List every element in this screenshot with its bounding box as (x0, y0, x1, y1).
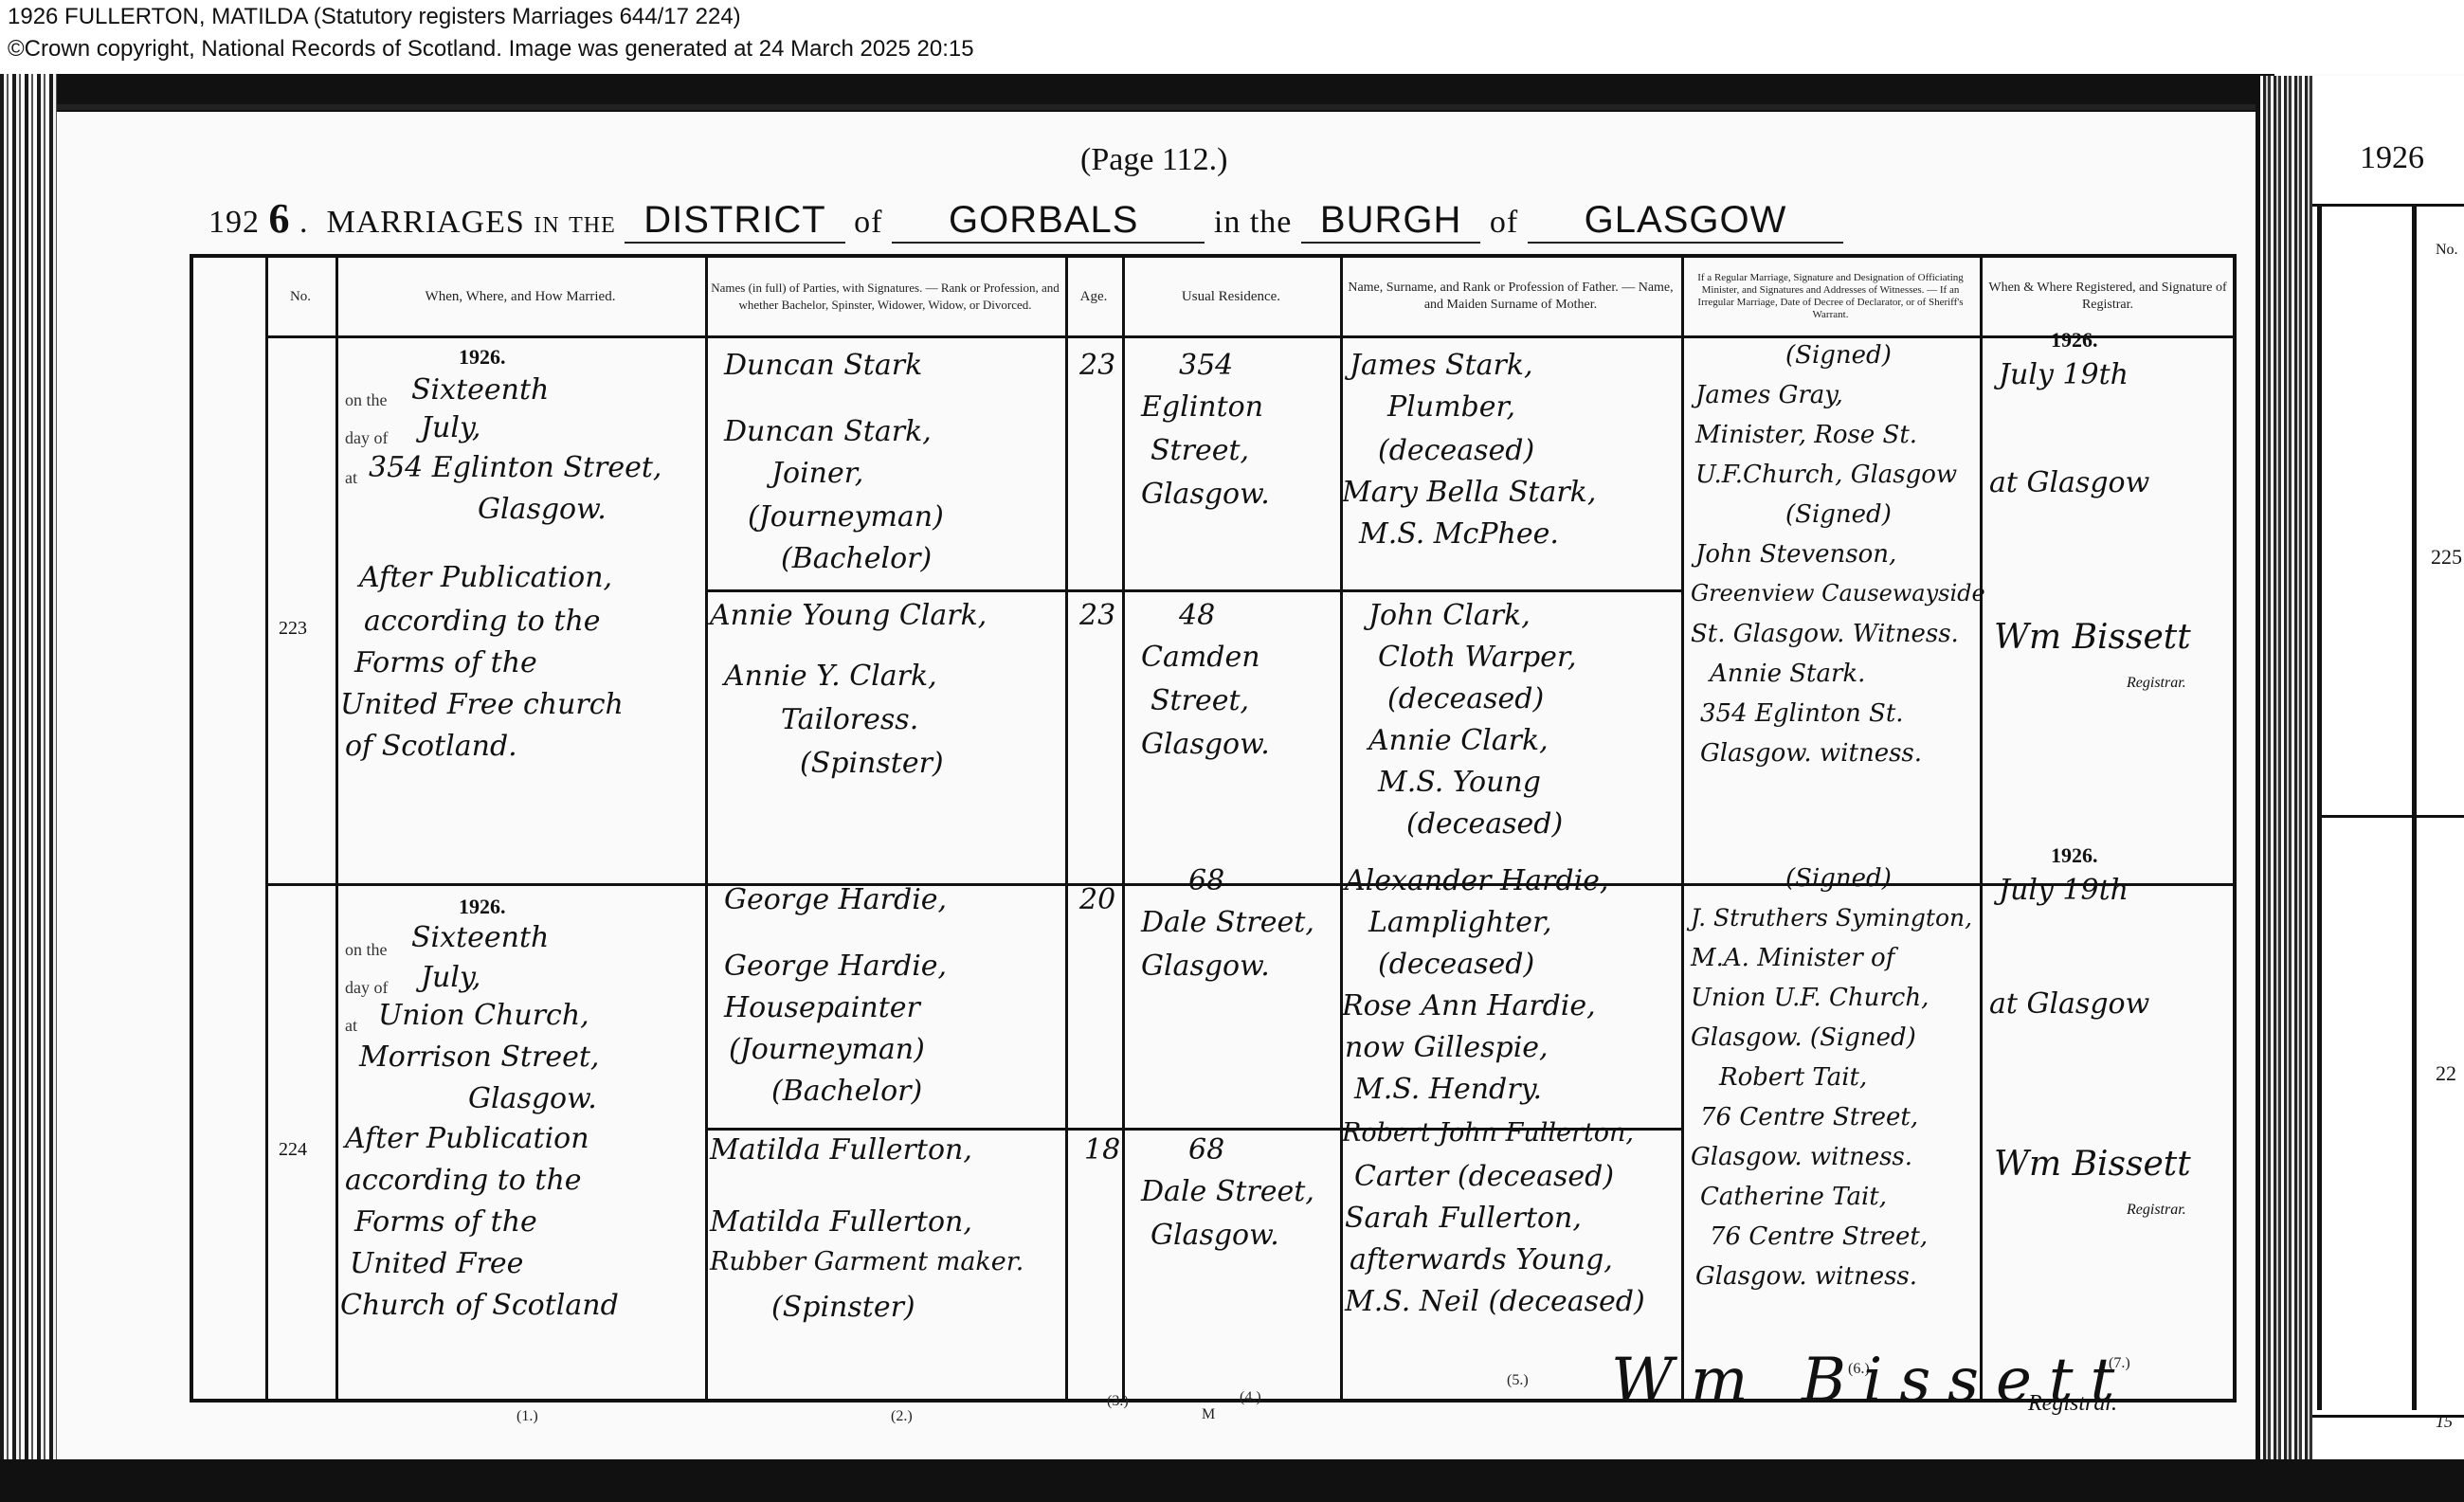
marriage-month: July, (421, 961, 480, 994)
marriage-day: Sixteenth (411, 373, 549, 407)
column-divider (265, 258, 268, 1399)
entry-number: 223 (279, 618, 307, 640)
groom-rank-detail: (Journeyman) (748, 500, 944, 534)
witness-line: 76 Centre Street, (1700, 1103, 1918, 1131)
header-parents: Name, Surname, and Rank or Profession of… (1340, 258, 1681, 335)
bride-residence: Dale Street, (1141, 1175, 1314, 1208)
groom-signature: George Hardie, (724, 950, 947, 983)
witness-line: Catherine Tait, (1700, 1183, 1887, 1211)
burgh-name: GLASGOW (1528, 199, 1844, 244)
registrar-signature: Wm Bissett (1994, 618, 2191, 657)
page-number: (Page 112.) (1080, 142, 1227, 178)
groom-status: (Bachelor) (781, 542, 932, 575)
officiant-line: (Signed) (1785, 341, 1892, 370)
on-the-label: on the (345, 940, 388, 960)
bride-mother-later: afterwards Young, (1350, 1243, 1613, 1276)
bride-age: 18 (1084, 1133, 1120, 1167)
bride-signature: Matilda Fullerton, (710, 1205, 972, 1239)
header-registered: When & Where Registered, and Signature o… (1980, 258, 2236, 335)
entry-year: 1926. (459, 345, 506, 370)
marriage-form-line: After Publication (345, 1122, 589, 1155)
officiant-line: U.F.Church, Glasgow (1695, 461, 1957, 489)
officiant-line: J. Struthers Symington, (1691, 904, 1972, 932)
bride-father-status: (deceased) (1387, 682, 1544, 715)
marriage-form-line: according to the (345, 1164, 582, 1197)
column-divider (335, 258, 338, 1399)
bride-residence: Street, (1150, 684, 1249, 717)
groom-age: 20 (1079, 883, 1115, 916)
witness-line: Annie Stark. (1710, 660, 1865, 688)
column-number: (2.) (891, 1408, 913, 1425)
groom-name: Duncan Stark (724, 349, 922, 382)
marriage-form-line: Church of Scotland (340, 1289, 619, 1322)
groom-rank-detail: (Journeyman) (729, 1033, 925, 1066)
groom-mother-maiden: M.S. McPhee. (1359, 517, 1559, 551)
groom-residence: Glasgow. (1141, 478, 1270, 511)
groom-residence: 354 (1179, 349, 1233, 382)
facing-page-entry-number: 22 (2436, 1061, 2456, 1086)
header-when-where: When, Where, and How Married. (335, 258, 705, 335)
groom-rank: Joiner, (771, 457, 863, 490)
district-type: DISTRICT (625, 199, 844, 244)
entry-separator (265, 883, 2233, 886)
book-gutter (2260, 76, 2312, 1459)
marriage-register-table: No. When, Where, and How Married. Names … (190, 254, 2237, 1402)
entry-year: 1926. (459, 895, 506, 919)
witness-line: Glasgow. witness. (1695, 1262, 1917, 1291)
witness-line: Greenview Causewayside (1691, 580, 1985, 606)
officiant-line: Union U.F. Church, (1691, 984, 1929, 1012)
registered-date: July 19th (1999, 874, 2129, 907)
book-bottom-edge (0, 1459, 2464, 1502)
bride-name: Annie Young Clark, (710, 599, 987, 632)
groom-mother: Rose Ann Hardie, (1342, 989, 1596, 1022)
column-number: (4.) (1240, 1389, 1261, 1406)
officiant-line: Minister, Rose St. (1695, 421, 1917, 449)
day-of-label: day of (345, 978, 388, 998)
registered-place: at Glasgow (1989, 987, 2149, 1021)
header-no: No. (265, 258, 335, 335)
registered-date: July 19th (1999, 358, 2129, 391)
entry-number: 224 (279, 1139, 307, 1161)
registrar-label: Registrar. (2127, 1202, 2186, 1219)
register-title: 192 6 . MARRIAGES in the DISTRICT of GOR… (208, 194, 1843, 244)
marriage-place-line: Glasgow. (478, 493, 607, 526)
facing-page-entry-number: 225 (2431, 545, 2462, 570)
groom-signature: Duncan Stark, (724, 415, 932, 448)
column-number: (1.) (516, 1408, 538, 1425)
record-title: 1926 FULLERTON, MATILDA (Statutory regis… (8, 4, 741, 30)
officiant-line: (Signed) (1785, 864, 1892, 893)
column-divider (1065, 258, 1068, 1399)
bride-father: Robert John Fullerton, (1342, 1118, 1634, 1148)
registered-year: 1926. (2051, 843, 2098, 868)
column-divider (1122, 258, 1125, 1399)
bride-residence: 68 (1188, 1133, 1224, 1167)
marriage-form-line: Forms of the (354, 646, 537, 679)
groom-mother: Mary Bella Stark, (1342, 476, 1596, 509)
marriage-day: Sixteenth (411, 921, 549, 954)
groom-status: (Bachelor) (771, 1075, 922, 1108)
day-of-label: day of (345, 428, 388, 448)
groom-father: Alexander Hardie, (1345, 864, 1608, 897)
groom-mother-maiden: M.S. Hendry. (1354, 1073, 1542, 1106)
marriage-place-line: Union Church, (378, 999, 589, 1032)
facing-page-entry-separator (2322, 815, 2464, 818)
bride-mother: Annie Clark, (1368, 724, 1549, 757)
officiant-line: (Signed) (1785, 500, 1892, 529)
groom-mother-later: now Gillespie, (1345, 1031, 1549, 1064)
header-officiant: If a Regular Marriage, Signature and Des… (1681, 258, 1980, 335)
witness-line: 354 Eglinton St. (1700, 699, 1904, 728)
on-the-label: on the (345, 390, 388, 410)
groom-father: James Stark, (1350, 349, 1533, 382)
bride-residence: Camden (1141, 641, 1260, 674)
marriage-form-line: United Free (350, 1247, 523, 1280)
witness-line: Glasgow. witness. (1700, 739, 1922, 768)
registered-place: at Glasgow (1989, 466, 2149, 499)
groom-residence: Dale Street, (1141, 906, 1314, 939)
header-names: Names (in full) of Parties, with Signatu… (705, 258, 1065, 335)
witness-line: 76 Centre Street, (1710, 1222, 1928, 1251)
year-prefix: 192 (208, 205, 260, 240)
year-digit: 6 (269, 195, 291, 242)
groom-name: George Hardie, (724, 883, 947, 916)
bride-father: John Clark, (1368, 599, 1531, 632)
facing-page-year: 1926 (2360, 140, 2424, 176)
column-divider (1340, 258, 1343, 1399)
title-of-1: of (854, 205, 882, 240)
facing-page-no-header: No. (2436, 242, 2458, 259)
groom-residence: Glasgow. (1141, 950, 1270, 983)
registrar-label: Registrar. (2127, 675, 2186, 692)
bride-mother-status: (deceased) (1406, 807, 1563, 841)
groom-father-rank: Plumber, (1387, 390, 1515, 424)
burgh-type: BURGH (1301, 199, 1480, 244)
marriage-form-line: United Free church (340, 688, 624, 721)
bride-status: (Spinster) (800, 747, 944, 780)
witness-line: Glasgow. witness. (1691, 1143, 1912, 1171)
groom-residence: Street, (1150, 434, 1249, 467)
bride-residence: 48 (1179, 599, 1215, 632)
bride-name: Matilda Fullerton, (710, 1133, 972, 1167)
title-marriages: MARRIAGES in the (327, 205, 616, 240)
registered-year: 1926. (2051, 328, 2098, 353)
witness-line: John Stevenson, (1695, 540, 1896, 569)
column-number: (5.) (1507, 1372, 1529, 1389)
marriage-form-line: After Publication, (359, 561, 612, 594)
bride-mother-maiden: M.S. Neil (deceased) (1345, 1285, 1645, 1318)
officiant-line: James Gray, (1695, 381, 1843, 409)
groom-father-status: (deceased) (1378, 948, 1534, 981)
bride-residence: Glasgow. (1141, 728, 1270, 761)
groom-father-status: (deceased) (1378, 434, 1534, 467)
groom-residence: 68 (1188, 864, 1224, 897)
column-number: (3.) (1107, 1393, 1129, 1410)
groom-residence: Eglinton (1141, 390, 1263, 424)
copyright-notice: ©Crown copyright, National Records of Sc… (8, 36, 974, 63)
marriage-place-line: Glasgow. (468, 1082, 597, 1115)
groom-age: 23 (1079, 349, 1115, 382)
witness-line: Robert Tait, (1719, 1063, 1867, 1092)
at-label: at (345, 468, 357, 488)
marriage-place-line: Morrison Street, (359, 1041, 599, 1074)
header-age: Age. (1065, 258, 1122, 335)
bride-father-rank: Carter (deceased) (1354, 1160, 1614, 1193)
page-registrar-label: Registrar. (2028, 1391, 2117, 1417)
bride-rank: Rubber Garment maker. (710, 1247, 1024, 1276)
title-in-the: in the (1214, 205, 1292, 240)
bride-status: (Spinster) (771, 1291, 915, 1324)
title-dot: . (299, 205, 309, 240)
witness-line: St. Glasgow. Witness. (1691, 620, 1959, 648)
bride-residence: Glasgow. (1150, 1219, 1279, 1252)
marriage-month: July, (421, 411, 480, 444)
column-mark: M (1202, 1406, 1215, 1423)
bride-mother: Sarah Fullerton, (1345, 1202, 1582, 1235)
column-divider (1980, 258, 1983, 1399)
bride-father-rank: Cloth Warper, (1378, 641, 1577, 674)
bride-signature: Annie Y. Clark, (724, 660, 937, 693)
bride-rank: Tailoress. (781, 703, 918, 736)
facing-page-column-number: 15 (2436, 1412, 2453, 1432)
marriage-form-line: according to the (364, 605, 601, 638)
officiant-line: M.A. Minister of (1691, 944, 1894, 972)
title-of-2: of (1490, 205, 1518, 240)
facing-page-table (2312, 204, 2464, 1418)
district-name: GORBALS (892, 199, 1205, 244)
officiant-line: Glasgow. (Signed) (1691, 1023, 1916, 1052)
bride-age: 23 (1079, 599, 1115, 632)
column-divider (705, 258, 708, 1399)
facing-page-divider (2317, 207, 2322, 1410)
at-label: at (345, 1016, 357, 1036)
marriage-form-line: of Scotland. (345, 730, 517, 763)
page-top-rule (57, 104, 2256, 110)
header-rule (265, 335, 2233, 338)
marriage-form-line: Forms of the (354, 1205, 537, 1239)
registrar-signature: Wm Bissett (1994, 1145, 2191, 1184)
groom-rank: Housepainter (724, 991, 920, 1024)
groom-father-rank: Lamplighter, (1368, 906, 1552, 939)
book-left-edge (0, 74, 57, 1502)
header-residence: Usual Residence. (1122, 258, 1340, 335)
party-separator (705, 589, 1681, 592)
bride-mother-maiden: M.S. Young (1378, 766, 1541, 799)
marriage-place-line: 354 Eglinton Street, (369, 451, 661, 484)
facing-page-divider (2412, 207, 2417, 1410)
column-divider (1681, 258, 1684, 1399)
